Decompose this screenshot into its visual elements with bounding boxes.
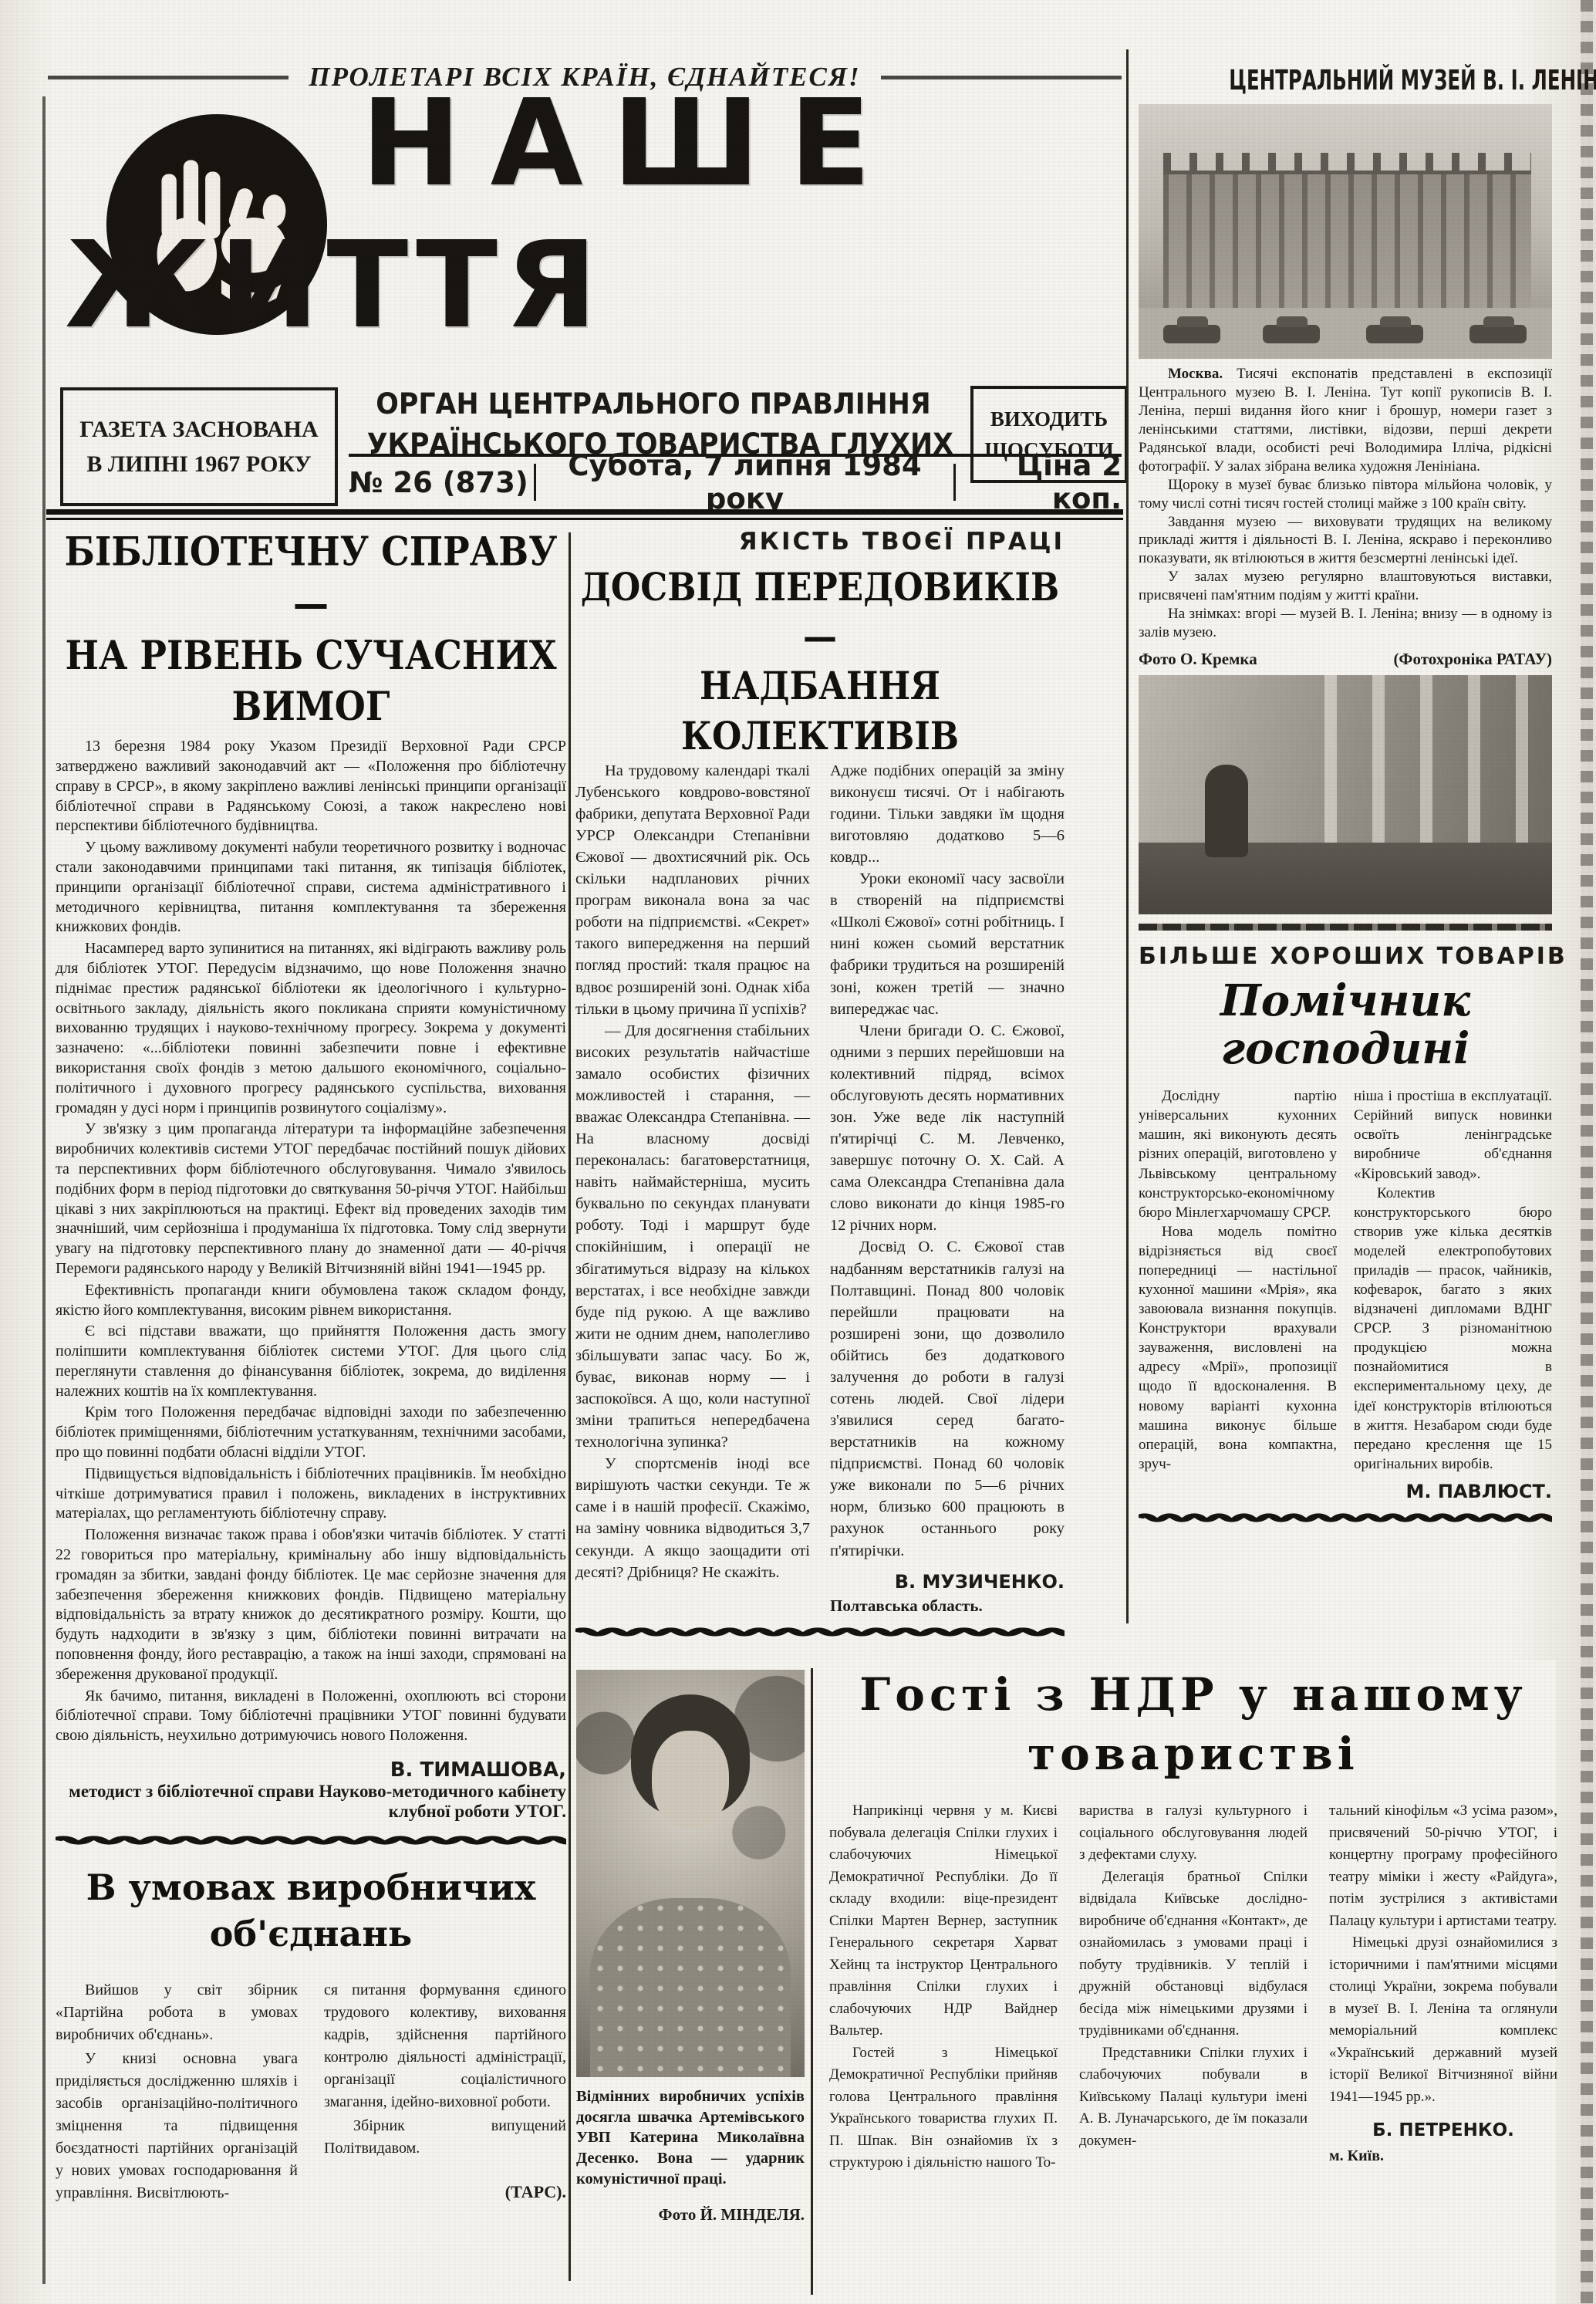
paragraph: У цьому важливому документі набули теоре… [56,838,566,937]
car [1469,325,1527,343]
paragraph: Щороку в музеї буває близько півтора міл… [1139,476,1552,513]
paragraph: Вийшов у світ збірник «Партійна робота в… [56,1979,298,2046]
museum-headline-wrap: ЦЕНТРАЛЬНИЙ МУЗЕЙ В. І. ЛЕНІНА [1139,65,1552,96]
headline-line: ВИМОГ [56,681,566,733]
paragraph: Збірник випущений Політвидавом. [324,2115,566,2160]
museum-exterior-photo [1139,104,1552,359]
headline-line: НАДБАННЯ КОЛЕКТИВІВ [575,662,1065,761]
photo-caption: Відмінних виробничих успіхів досягла шва… [576,2086,805,2189]
founded-line1: ГАЗЕТА ЗАСНОВАНА [63,412,335,447]
car [1366,325,1423,343]
gdr-col3: тальний кінофільм «З усіма разом», присв… [1329,1800,1557,2174]
issue-price: Ціна 2 коп. [956,449,1122,515]
newspaper-title-line1: НАШЕ [361,83,900,203]
column-divider-photo-ndr [811,1668,813,2295]
union-col1: Вийшов у світ збірник «Партійна робота в… [56,1979,298,2206]
issue-row: № 26 (873) Субота, 7 липня 1984 року Цін… [349,461,1122,503]
column-divider-left-middle [569,532,571,2281]
museum-headline: ЦЕНТРАЛЬНИЙ МУЗЕЙ В. І. ЛЕНІНА [1229,65,1596,96]
quality-col2: Адже подібних операцій за зміну виконуєш… [830,760,1065,1617]
blouse [590,1898,791,2077]
author-signature: М. ПАВЛЮСТ. [1354,1480,1552,1505]
paragraph: Підвищується відповідальність і бібліоте… [56,1464,566,1524]
paragraph: 13 березня 1984 року Указом Президії Вер… [56,737,566,836]
library-body: 13 березня 1984 року Указом Президії Вер… [56,737,566,1746]
author-role: методист з бібліотечної справи Науково-м… [56,1782,566,1822]
paragraph: Положення визначає також права і обов'яз… [56,1525,566,1684]
display-cases [1139,843,1552,914]
car [1263,325,1320,343]
paragraph: У зв'язку з цим пропаганда літератури та… [56,1120,566,1279]
paragraph: Насамперед варто зупинитися на питаннях,… [56,939,566,1118]
goods-col1: Дослідну партію універсальних кухонних м… [1139,1086,1337,1504]
gdr-headline: Гості з НДР у нашому товаристві [829,1665,1557,1783]
paragraph: Є всі підстави вважати, що прийняття Пол… [56,1322,566,1401]
union-article-headline: В умовах виробничих об'єднань [56,1865,566,1958]
paragraph: Як бачимо, питання, викладені в Положенн… [56,1687,566,1746]
heavy-divider [1139,924,1552,931]
wavy-divider [1139,1513,1552,1522]
goods-headline: Помічник господині [1139,978,1552,1073]
paragraph: Нова модель помітно відрізняється від св… [1139,1222,1337,1474]
paragraph: Адже подібних операцій за зміну виконуєш… [830,760,1065,868]
windows [1324,675,1552,843]
column-divider-middle-right [1126,49,1129,1623]
headline-line: об'єднань [56,1911,566,1958]
seamstress-portrait-photo [576,1670,805,2077]
headline-line: НА РІВЕНЬ СУЧАСНИХ [56,630,566,681]
union-article-columns: Вийшов у світ збірник «Партійна робота в… [56,1979,566,2206]
masthead-bottom-rule [46,509,1123,520]
paragraph: Ефективність пропаганди книги обумовлена… [56,1281,566,1321]
paragraph: Досвід О. С. Єжової став надбанням верст… [830,1236,1065,1561]
quality-columns: На трудовому календарі ткалі Лубенського… [575,760,1065,1617]
paragraph: Крім того Положення передбачає відповідн… [56,1403,566,1462]
paragraph: На трудовому календарі ткалі Лубенського… [575,760,810,1020]
photo-credit: Фото О. Кремка [1139,650,1257,669]
paragraph-text: Тисячі експонатів представлені в експози… [1139,366,1552,475]
paragraph: Наприкінці червня у м. Києві побувала де… [829,1800,1058,2042]
union-col2: ся питання формування єдиного трудового … [324,1979,566,2206]
schedule-line1: ВИХОДИТЬ [973,404,1125,435]
seamstress-photo-block: Відмінних виробничих успіхів досягла шва… [576,1670,805,2225]
paragraph: Уроки економії часу засвоїли в створеній… [830,868,1065,1020]
headline-line: БІБЛІОТЕЧНУ СПРАВУ — [56,526,566,630]
paragraph: У спортсменів іноді все вирішують частки… [575,1453,810,1583]
paragraph: Дослідну партію універсальних кухонних м… [1139,1086,1337,1222]
paragraph: вариства в галузі культурного і соціальн… [1079,1800,1308,1867]
newspaper-title-line2: ЖИТТЯ [65,225,605,345]
museum-roof [1163,153,1531,171]
gdr-article: Гості з НДР у нашому товаристві Наприкін… [829,1665,1557,2174]
visitor-silhouette [1205,765,1248,857]
paragraph: Делегація братньої Спілки відвідала Київ… [1079,1867,1308,2042]
headline-line: товаристві [829,1725,1557,1784]
gdr-columns: Наприкінці червня у м. Києві побувала де… [829,1800,1557,2174]
issue-date: Субота, 7 липня 1984 року [536,449,953,515]
library-article: БІБЛІОТЕЧНУ СПРАВУ — НА РІВЕНЬ СУЧАСНИХ … [56,526,566,2206]
dateline: Москва. [1168,366,1223,382]
paragraph: — Для досягнення стабільних високих резу… [575,1020,810,1454]
newspaper-page: ПРОЛЕТАРІ ВСІХ КРАЇН, ЄДНАЙТЕСЯ! НАШЕ ЖИ… [0,0,1596,2304]
museum-body: Москва. Тисячі експонатів представлені в… [1139,365,1552,642]
author-signature: Б. ПЕТРЕНКО. [1329,2117,1557,2144]
wavy-divider [56,1836,566,1845]
paragraph: Представники Спілки глухих і слабочуючих… [1079,2042,1308,2153]
author-signature: В. ТИМАШОВА, [56,1758,566,1782]
founded-box: ГАЗЕТА ЗАСНОВАНА В ЛИПНІ 1967 РОКУ [60,387,338,506]
gdr-col1: Наприкінці червня у м. Києві побувала де… [829,1800,1058,2174]
slogan-rule-left [48,76,288,79]
goods-columns: Дослідну партію універсальних кухонних м… [1139,1086,1552,1504]
page-edge-line [42,96,46,2284]
paragraph: Гостей з Німецької Демократичної Республ… [829,2042,1058,2174]
author-signature: В. МУЗИЧЕНКО. [830,1569,1065,1595]
headline-line: В умовах виробничих [56,1865,566,1911]
author-place: м. Київ. [1329,2144,1557,2167]
paragraph: На знімках: вгорі — музей В. І. Леніна; … [1139,605,1552,642]
paragraph: У залах музею регулярно влаштовуються ви… [1139,568,1552,605]
quality-signature: В. МУЗИЧЕНКО. Полтавська область. [830,1569,1065,1617]
paragraph: Завдання музею — виховувати трудящих на … [1139,513,1552,569]
quality-headline: ДОСВІД ПЕРЕДОВИКІВ — НАДБАННЯ КОЛЕКТИВІВ [575,563,1065,761]
photo-credits: Фото О. Кремка (Фотохроніка РАТАУ) [1139,650,1552,669]
paragraph: ся питання формування єдиного трудового … [324,1979,566,2113]
paragraph: ніша і простіша в експлуатації. Серійний… [1354,1086,1552,1183]
photo-credit: Фото Й. МІНДЕЛЯ. [576,2205,805,2225]
paragraph: Німецькі друзі ознайомилися з історичним… [1329,1932,1557,2108]
quality-kicker: ЯКІСТЬ ТВОЄЇ ПРАЦІ [575,528,1065,556]
founded-line2: В ЛИПНІ 1967 РОКУ [63,447,335,481]
slogan-rule-right [881,76,1122,79]
bottom-section: Відмінних виробничих успіхів досягла шва… [575,1660,1556,2304]
library-headline: БІБЛІОТЕЧНУ СПРАВУ — НА РІВЕНЬ СУЧАСНИХ … [56,526,566,733]
gdr-col2: вариства в галузі культурного і соціальн… [1079,1800,1308,2174]
paragraph: Колектив конструкторського бюро створив … [1354,1184,1552,1474]
quality-article: ЯКІСТЬ ТВОЄЇ ПРАЦІ ДОСВІД ПЕРЕДОВИКІВ — … [575,528,1065,1637]
organ-line1: ОРГАН ЦЕНТРАЛЬНОГО ПРАВЛІННЯ [367,384,940,424]
author-place: Полтавська область. [830,1595,1065,1617]
issue-number: № 26 (873) [349,466,534,499]
paragraph: тальний кінофільм «З усіма разом», присв… [1329,1800,1557,1932]
headline-line: Гості з НДР у нашому [829,1665,1557,1725]
wavy-divider [575,1627,1065,1637]
museum-building [1163,171,1531,308]
photo-agency-credit: (Фотохроніка РАТАУ) [1393,650,1552,669]
news-agency: (ТАРС). [324,2180,566,2204]
paragraph: Члени бригади О. С. Єжової, одними з пер… [830,1020,1065,1237]
scan-edge-artifact [1581,0,1593,2304]
goods-col2: ніша і простіша в експлуатації. Серійний… [1354,1086,1552,1504]
paragraph: Москва. Тисячі експонатів представлені в… [1139,365,1552,476]
paragraph: У книзі основна увага приділяється дослі… [56,2048,298,2204]
goods-kicker: БІЛЬШЕ ХОРОШИХ ТОВАРІВ [1139,943,1552,970]
right-column: ЦЕНТРАЛЬНИЙ МУЗЕЙ В. І. ЛЕНІНА Москва. Т… [1139,65,1552,1522]
car [1163,325,1220,343]
quality-col1: На трудовому календарі ткалі Лубенського… [575,760,810,1617]
gdr-signature: Б. ПЕТРЕНКО. м. Київ. [1329,2117,1557,2167]
face [652,1731,730,1829]
museum-interior-photo [1139,675,1552,914]
headline-line: ДОСВІД ПЕРЕДОВИКІВ — [575,563,1065,662]
